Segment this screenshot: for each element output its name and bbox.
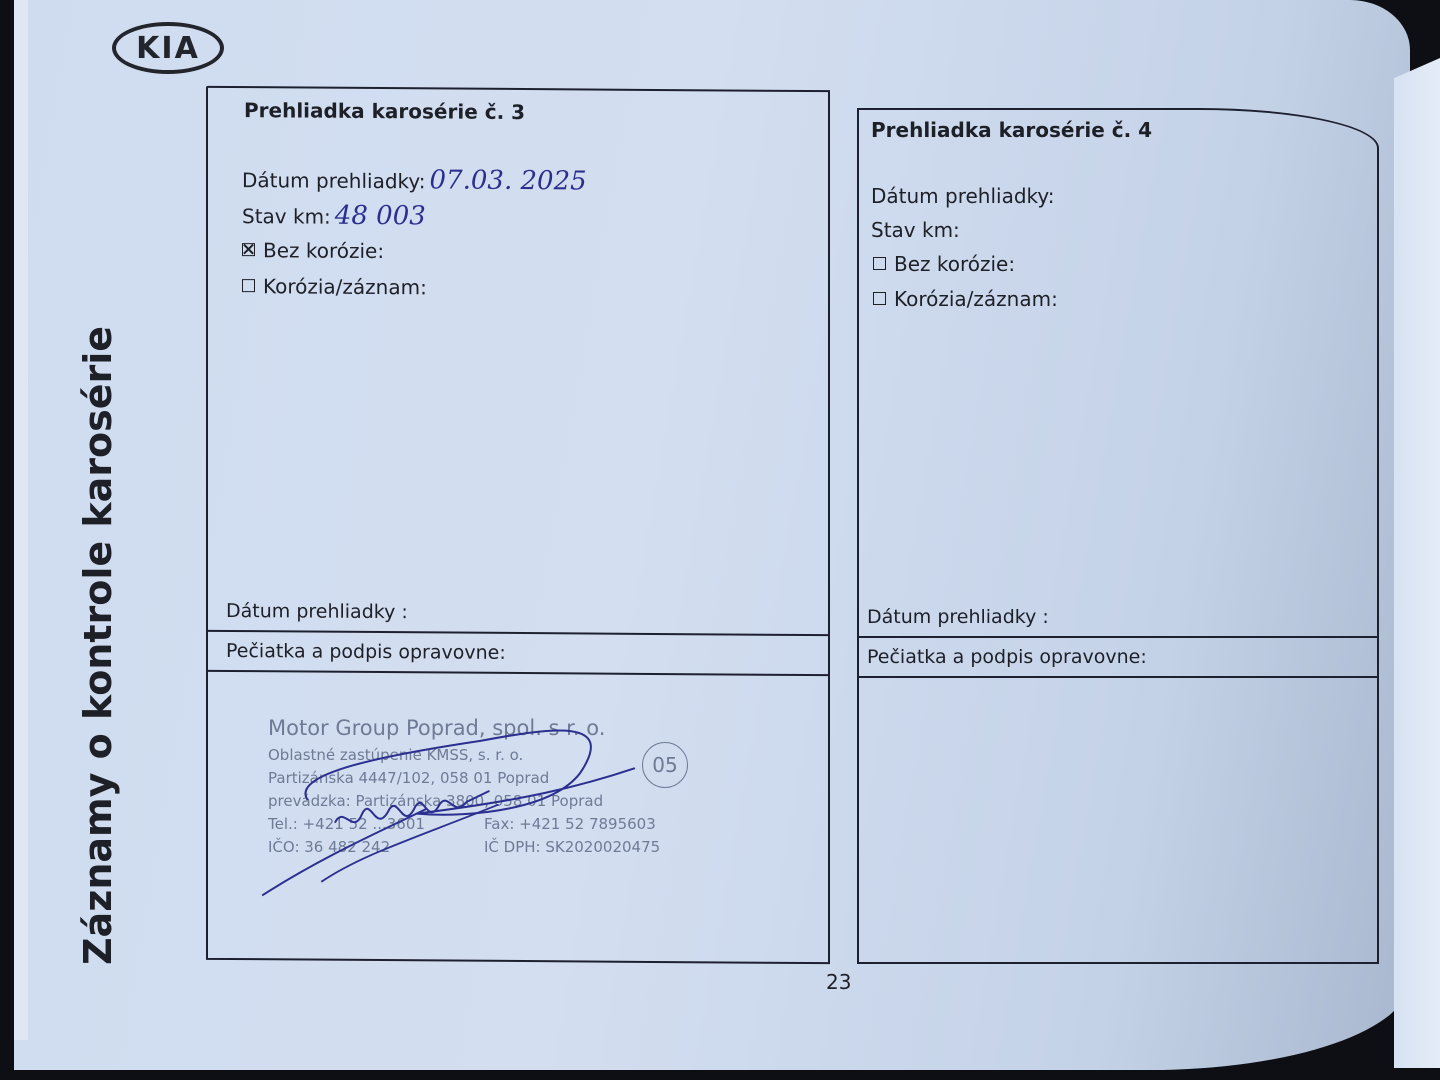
checkbox-icon[interactable] <box>242 279 255 292</box>
stamp-label: Pečiatka a podpis opravovne: <box>867 646 1147 668</box>
option-label: Bez korózie: <box>894 252 1015 276</box>
footer-date-row[interactable]: Dátum prehliadky : <box>859 594 1377 638</box>
km-label: Stav km: <box>871 218 960 242</box>
corrosion-record-option[interactable]: Korózia/záznam: <box>873 287 1058 311</box>
footer-date-label: Dátum prehliadky : <box>226 600 408 623</box>
corrosion-record-option[interactable]: Korózia/záznam: <box>242 274 427 299</box>
checkbox-checked-icon[interactable] <box>242 243 255 256</box>
kia-logo: KIA <box>112 22 224 74</box>
date-value: 07.03. 2025 <box>430 165 587 196</box>
footer-date-row[interactable]: Dátum prehliadky : <box>208 588 828 636</box>
no-corrosion-option[interactable]: Bez korózie: <box>873 252 1015 276</box>
stamp-row: Pečiatka a podpis opravovne: <box>208 630 828 676</box>
date-label: Dátum prehliadky: <box>242 168 426 193</box>
no-corrosion-option[interactable]: Bez korózie: <box>242 238 384 263</box>
stamp-label: Pečiatka a podpis opravovne: <box>226 640 506 664</box>
side-title: Záznamy o kontrole karosérie <box>76 326 120 965</box>
date-field[interactable]: Dátum prehliadky: <box>871 184 1055 208</box>
checkbox-icon[interactable] <box>873 257 886 270</box>
page-edge-left <box>14 0 28 1040</box>
option-label: Korózia/záznam: <box>894 287 1058 311</box>
signature <box>234 700 654 900</box>
inspection-title: Prehliadka karosérie č. 3 <box>244 98 525 124</box>
km-field[interactable]: Stav km: <box>871 218 960 242</box>
km-label: Stav km: <box>242 204 331 229</box>
date-label: Dátum prehliadky: <box>871 184 1055 208</box>
checkbox-icon[interactable] <box>873 292 886 305</box>
km-value: 48 003 <box>335 201 426 232</box>
date-field[interactable]: Dátum prehliadky:07.03. 2025 <box>242 164 587 196</box>
option-label: Korózia/záznam: <box>263 274 427 299</box>
next-page-edge <box>1394 58 1440 1068</box>
footer-date-label: Dátum prehliadky : <box>867 606 1049 628</box>
document-page: KIA Záznamy o kontrole karosérie Prehlia… <box>14 0 1410 1070</box>
stamp-row: Pečiatka a podpis opravovne: <box>859 636 1377 678</box>
page-number: 23 <box>826 970 851 994</box>
inspection-title: Prehliadka karosérie č. 4 <box>871 118 1152 142</box>
option-label: Bez korózie: <box>263 238 384 263</box>
inspection-box-4: Prehliadka karosérie č. 4 Dátum prehliad… <box>857 108 1379 964</box>
km-field[interactable]: Stav km:48 003 <box>242 200 426 231</box>
